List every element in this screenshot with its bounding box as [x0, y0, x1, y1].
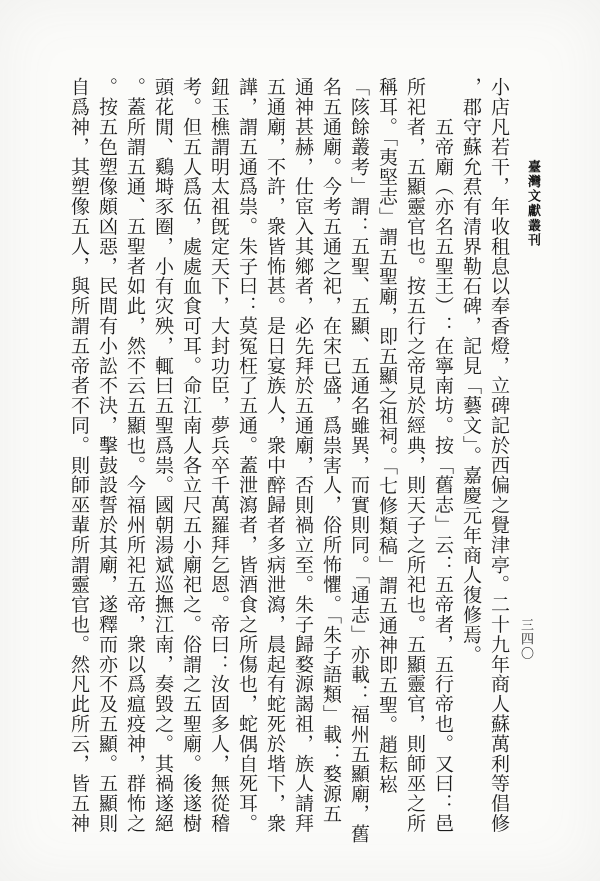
text-column-14: 。蓋所謂五通、五聖者如此，然不云五顯也。今福州所祀五帝，衆以爲瘟疫神，群怖之 — [120, 77, 148, 835]
text-column-13: 頭花閒、鷄塒豕圈，小有灾殃，輒曰五聖爲祟。國朝湯斌巡撫江南，奏毀之。其禍遂絕 — [148, 77, 176, 835]
text-column-3: 五帝廟（亦名五聖王）：在寧南坊。按「舊志」云：五帝者，五行帝也。又曰：邑 — [428, 77, 456, 835]
text-column-1: 小店凡若干，年收租息以奉香燈，立碑記於西偏之覺津亭。二十九年商人蘇萬利等倡修 — [484, 77, 512, 835]
text-column-4: 所祀者，五顯靈官也。按五行之帝見於經典，則天子之所祀也。五顯靈官，則師巫之所 — [400, 77, 428, 835]
page-number: 三四〇 — [517, 618, 536, 661]
text-column-5: 稱耳。「夷堅志」謂五聖廟，即五顯之祖祠。「七修類稿」謂五通神即五聖。趙耘崧 — [372, 77, 400, 835]
text-column-2: ，郡守蘇允焄有清界勒石碑，記見「藝文」。嘉慶元年商人復修焉。 — [456, 77, 484, 835]
text-column-12: 考。但五人爲伍，處處血食可耳。命江南人各立尺五小廟祀之。俗謂之五聖廟。後遂樹 — [176, 77, 204, 835]
text-column-7: 名五通廟。今考五通之祀，在宋已盛，爲祟害人，俗所怖懼。「朱子語類」載：婺源五 — [316, 77, 344, 835]
text-column-8: 通神甚赫，仕宦入其鄉者，必先拜於五通廟，否則禍立至。朱子歸婺源謁祖，族人請拜 — [288, 77, 316, 835]
text-column-9: 五通廟，不許，衆皆怖甚。是日宴族人，衆中醉歸者多病泄瀉，晨起有蛇死於堦下，衆 — [260, 77, 288, 835]
text-column-16: 自爲神，其塑像五人，與所謂五帝者不同。則師巫輩所謂靈官也。然凡此所云，皆五神 — [64, 77, 92, 835]
text-column-10: 譁，謂五通爲祟。朱子曰：莫冤枉了五通。蓋泄瀉者，皆酒食之所傷也，蛇偶自死耳。 — [232, 77, 260, 835]
book-page: 臺灣文獻叢刊 三四〇 小店凡若干，年收租息以奉香燈，立碑記於西偏之覺津亭。二十九… — [0, 0, 600, 881]
text-column-6: 「陔餘叢考」謂：五聖、五顯、五通名雖異，而實則同。「通志」亦載：福州五顯廟，舊 — [344, 77, 372, 835]
running-title: 臺灣文獻叢刊 — [524, 160, 543, 248]
text-block: 小店凡若干，年收租息以奉香燈，立碑記於西偏之覺津亭。二十九年商人蘇萬利等倡修，郡… — [64, 77, 512, 835]
text-column-15: 。按五色塑像頗凶惡，民間有小訟不決，擊鼓設誓於其廟，遂釋而亦不及五顯。五顯則 — [92, 77, 120, 835]
text-column-11: 鈕玉樵謂明太祖旣定天下，大封功臣，夢兵卒千萬羅拜乞恩。帝曰：汝固多人，無從稽 — [204, 77, 232, 835]
